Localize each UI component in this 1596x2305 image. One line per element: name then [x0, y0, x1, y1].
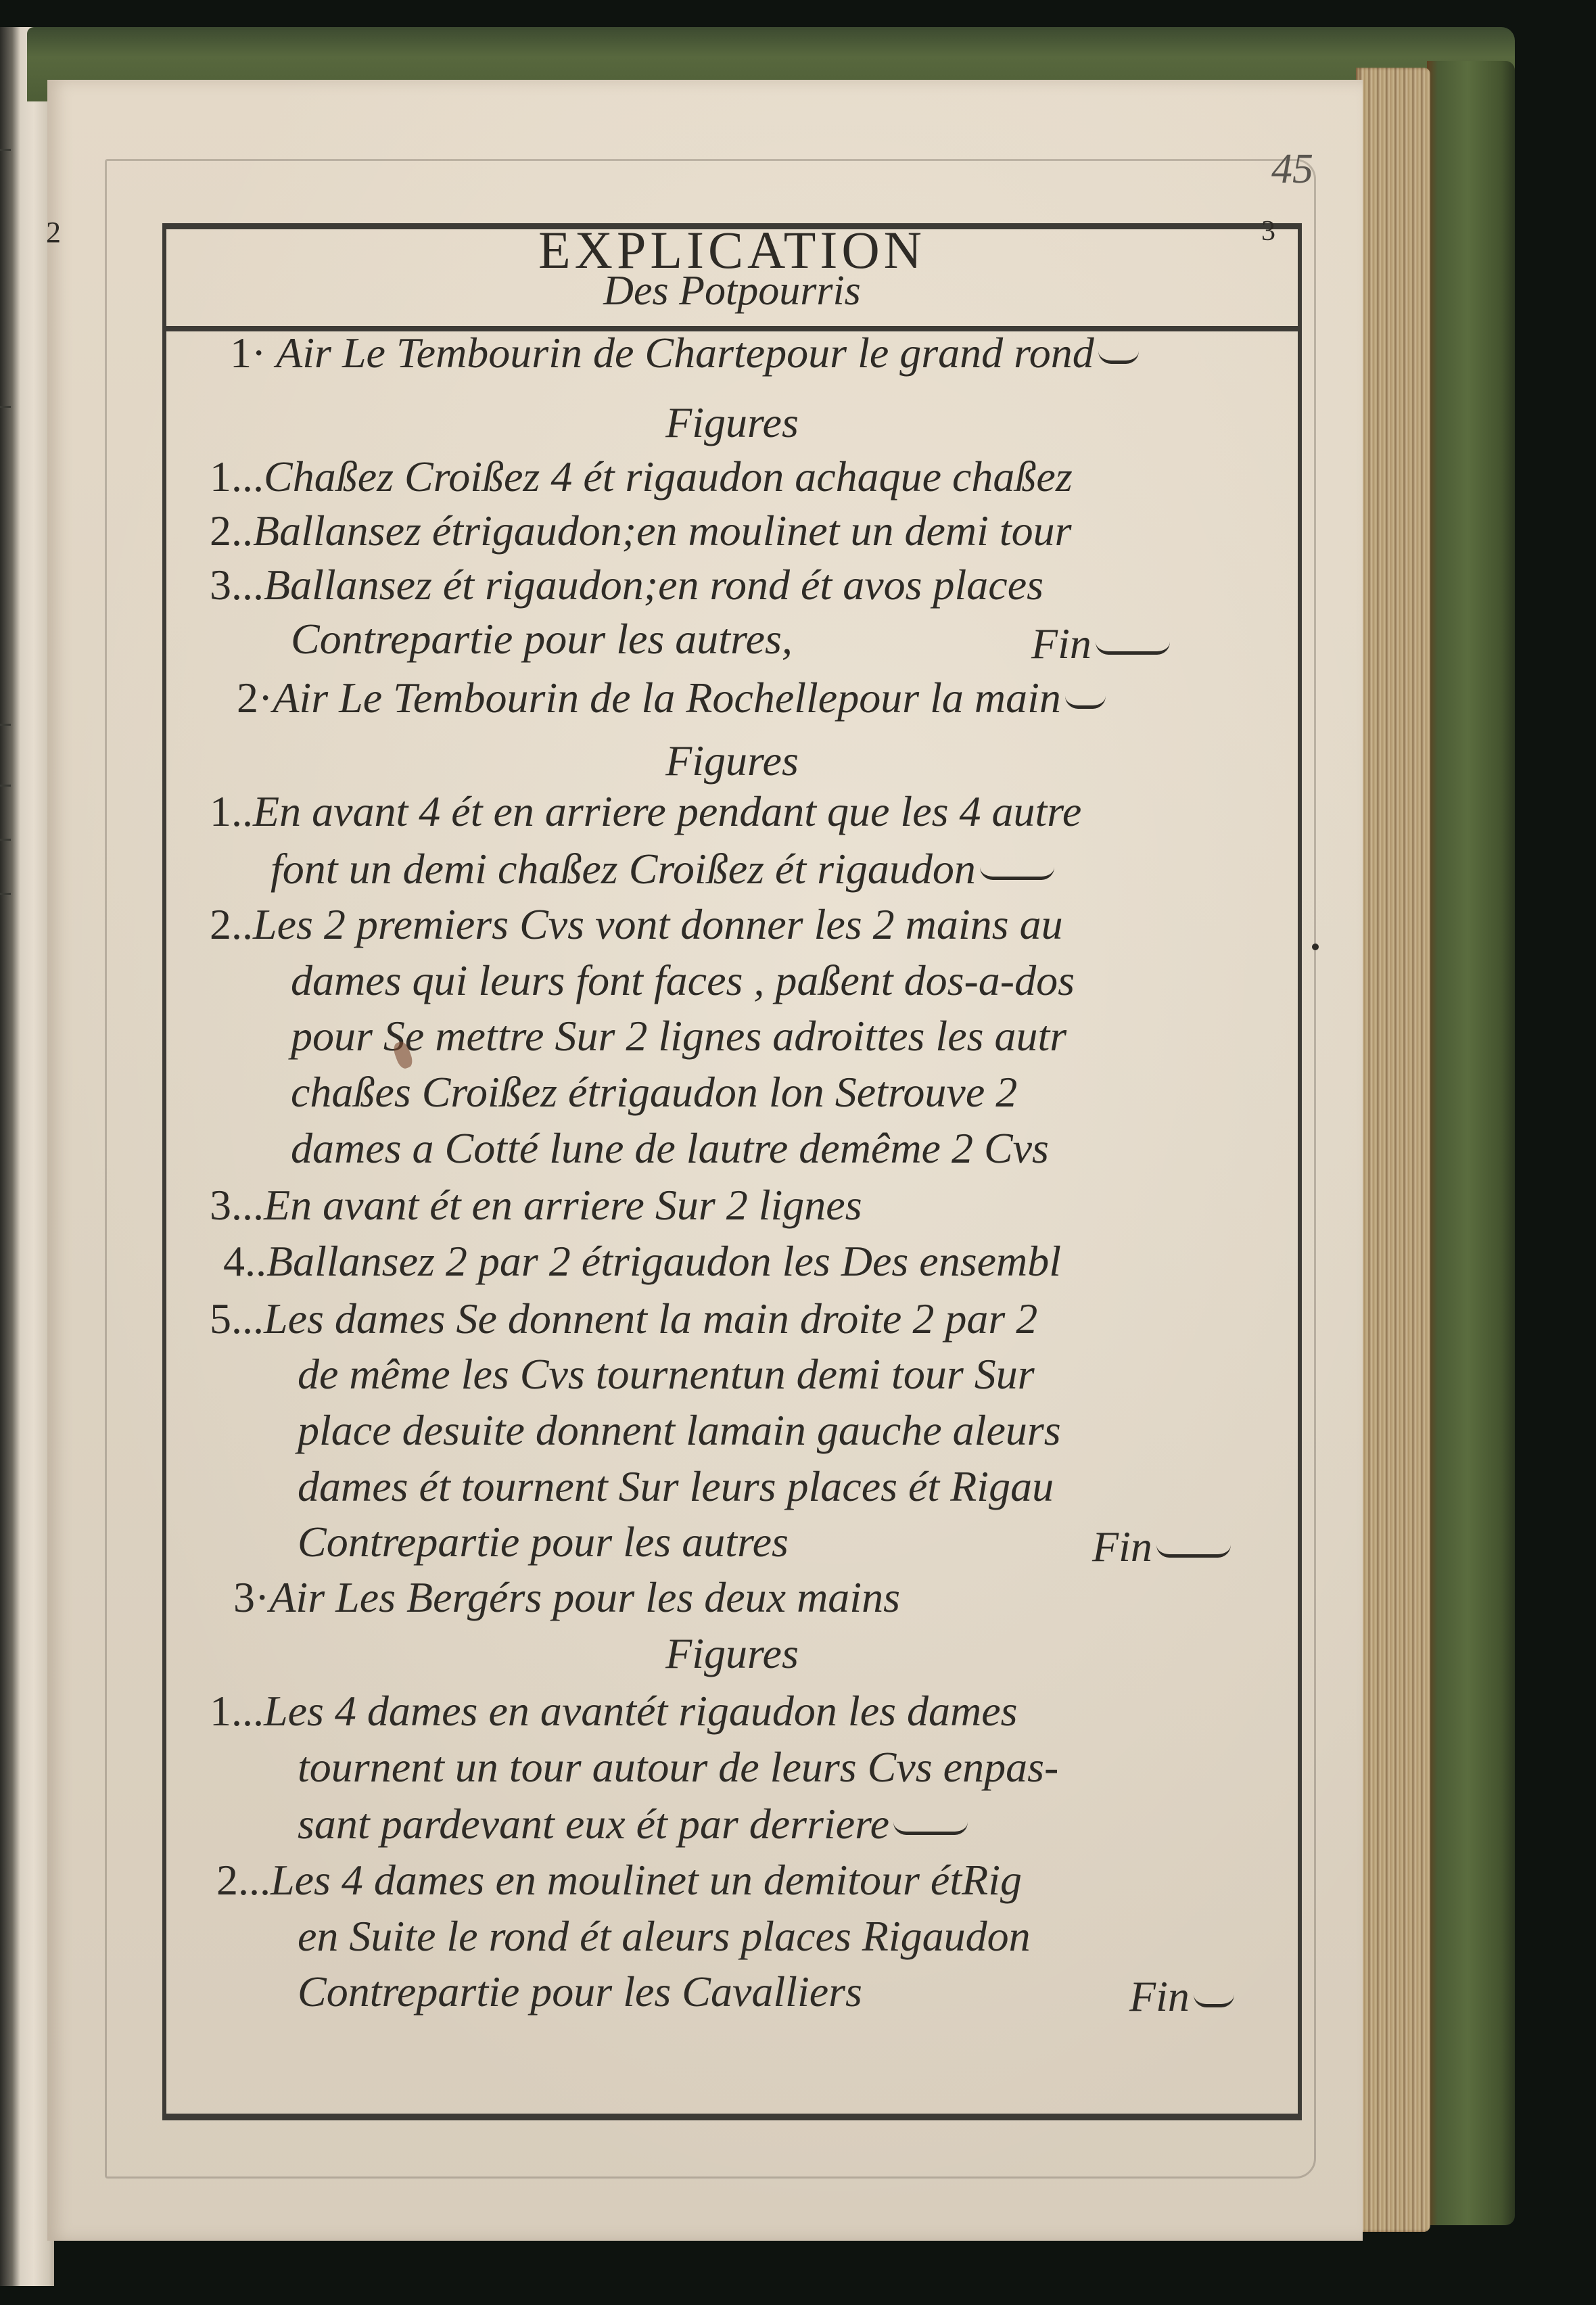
swash-ornament: [893, 1822, 968, 1835]
list-item: font un demi chaßez Croißez ét rigaudon: [271, 842, 1054, 896]
list-item: 4..Ballansez 2 par 2 étrigaudon les Des …: [223, 1234, 1061, 1288]
fin-marker: Fin: [1031, 619, 1170, 669]
list-item: tournent un tour autour de leurs Cvs enp…: [298, 1740, 1058, 1794]
handwritten-folio: 45: [1271, 145, 1313, 193]
figures-label: Figures: [162, 1627, 1302, 1681]
list-item: Contrepartie pour les autres: [298, 1515, 789, 1569]
figures-label: Figures: [162, 734, 1302, 788]
list-item: 2..Les 2 premiers Cvs vont donner les 2 …: [210, 898, 1063, 952]
swash-ornament: [980, 867, 1054, 880]
list-item: de même les Cvs tournentun demi tour Sur: [298, 1347, 1035, 1401]
list-item: 1...Les 4 dames en avantét rigaudon les …: [210, 1684, 1018, 1738]
list-item: 5...Les dames Se donnent la main droite …: [210, 1292, 1037, 1346]
list-item: Contrepartie pour les Cavalliers: [298, 1965, 862, 2019]
swash-ornament: [1096, 642, 1170, 655]
list-item: 2...Les 4 dames en moulinet un demitour …: [216, 1853, 1022, 1907]
page-block-fore-edge: [1356, 68, 1430, 2232]
section-heading: 3·Air Les Bergérs pour les deux mains: [233, 1570, 900, 1625]
swash-ornament: [1065, 696, 1106, 709]
swash-ornament: [1098, 351, 1139, 364]
list-item: place desuite donnent lamain gauche aleu…: [298, 1403, 1061, 1458]
section-heading: 2·Air Le Tembourin de la Rochellepour la…: [237, 671, 1106, 725]
list-item: 3...En avant ét en arriere Sur 2 lignes: [210, 1178, 862, 1232]
list-item: dames qui leurs font faces , paßent dos-…: [291, 954, 1075, 1008]
swash-ornament: [1156, 1545, 1231, 1558]
fin-marker: Fin: [1129, 1972, 1234, 2022]
section-heading: 1· Air Le Tembourin de Chartepour le gra…: [230, 326, 1139, 380]
ink-dot: [1312, 944, 1319, 950]
list-item: 1..En avant 4 ét en arriere pendant que …: [210, 785, 1081, 839]
list-item: 3...Ballansez ét rigaudon;en rond ét avo…: [210, 558, 1043, 612]
fin-marker: Fin: [1092, 1522, 1231, 1572]
list-item: sant pardevant eux ét par derriere: [298, 1797, 968, 1851]
list-item: Contrepartie pour les autres,: [291, 612, 793, 666]
figures-label: Figures: [162, 396, 1302, 450]
facing-page-edge: [0, 27, 54, 2286]
page-subtitle: Des Potpourris: [162, 267, 1302, 315]
list-item: 2..Ballansez étrigaudon;en moulinet un d…: [210, 504, 1072, 558]
list-item: chaßes Croißez étrigaudon lon Setrouve 2: [291, 1065, 1017, 1119]
facing-page-number: 2: [46, 215, 61, 250]
list-item: dames ét tournent Sur leurs places ét Ri…: [298, 1460, 1054, 1514]
list-item: en Suite le rond ét aleurs places Rigaud…: [298, 1909, 1031, 1963]
list-item: dames a Cotté lune de lautre demême 2 Cv…: [291, 1121, 1049, 1175]
swash-ornament: [1194, 1995, 1234, 2007]
list-item: 1...Chaßez Croißez 4 ét rigaudon achaque…: [210, 450, 1073, 504]
book-cover-right: [1427, 61, 1515, 2225]
